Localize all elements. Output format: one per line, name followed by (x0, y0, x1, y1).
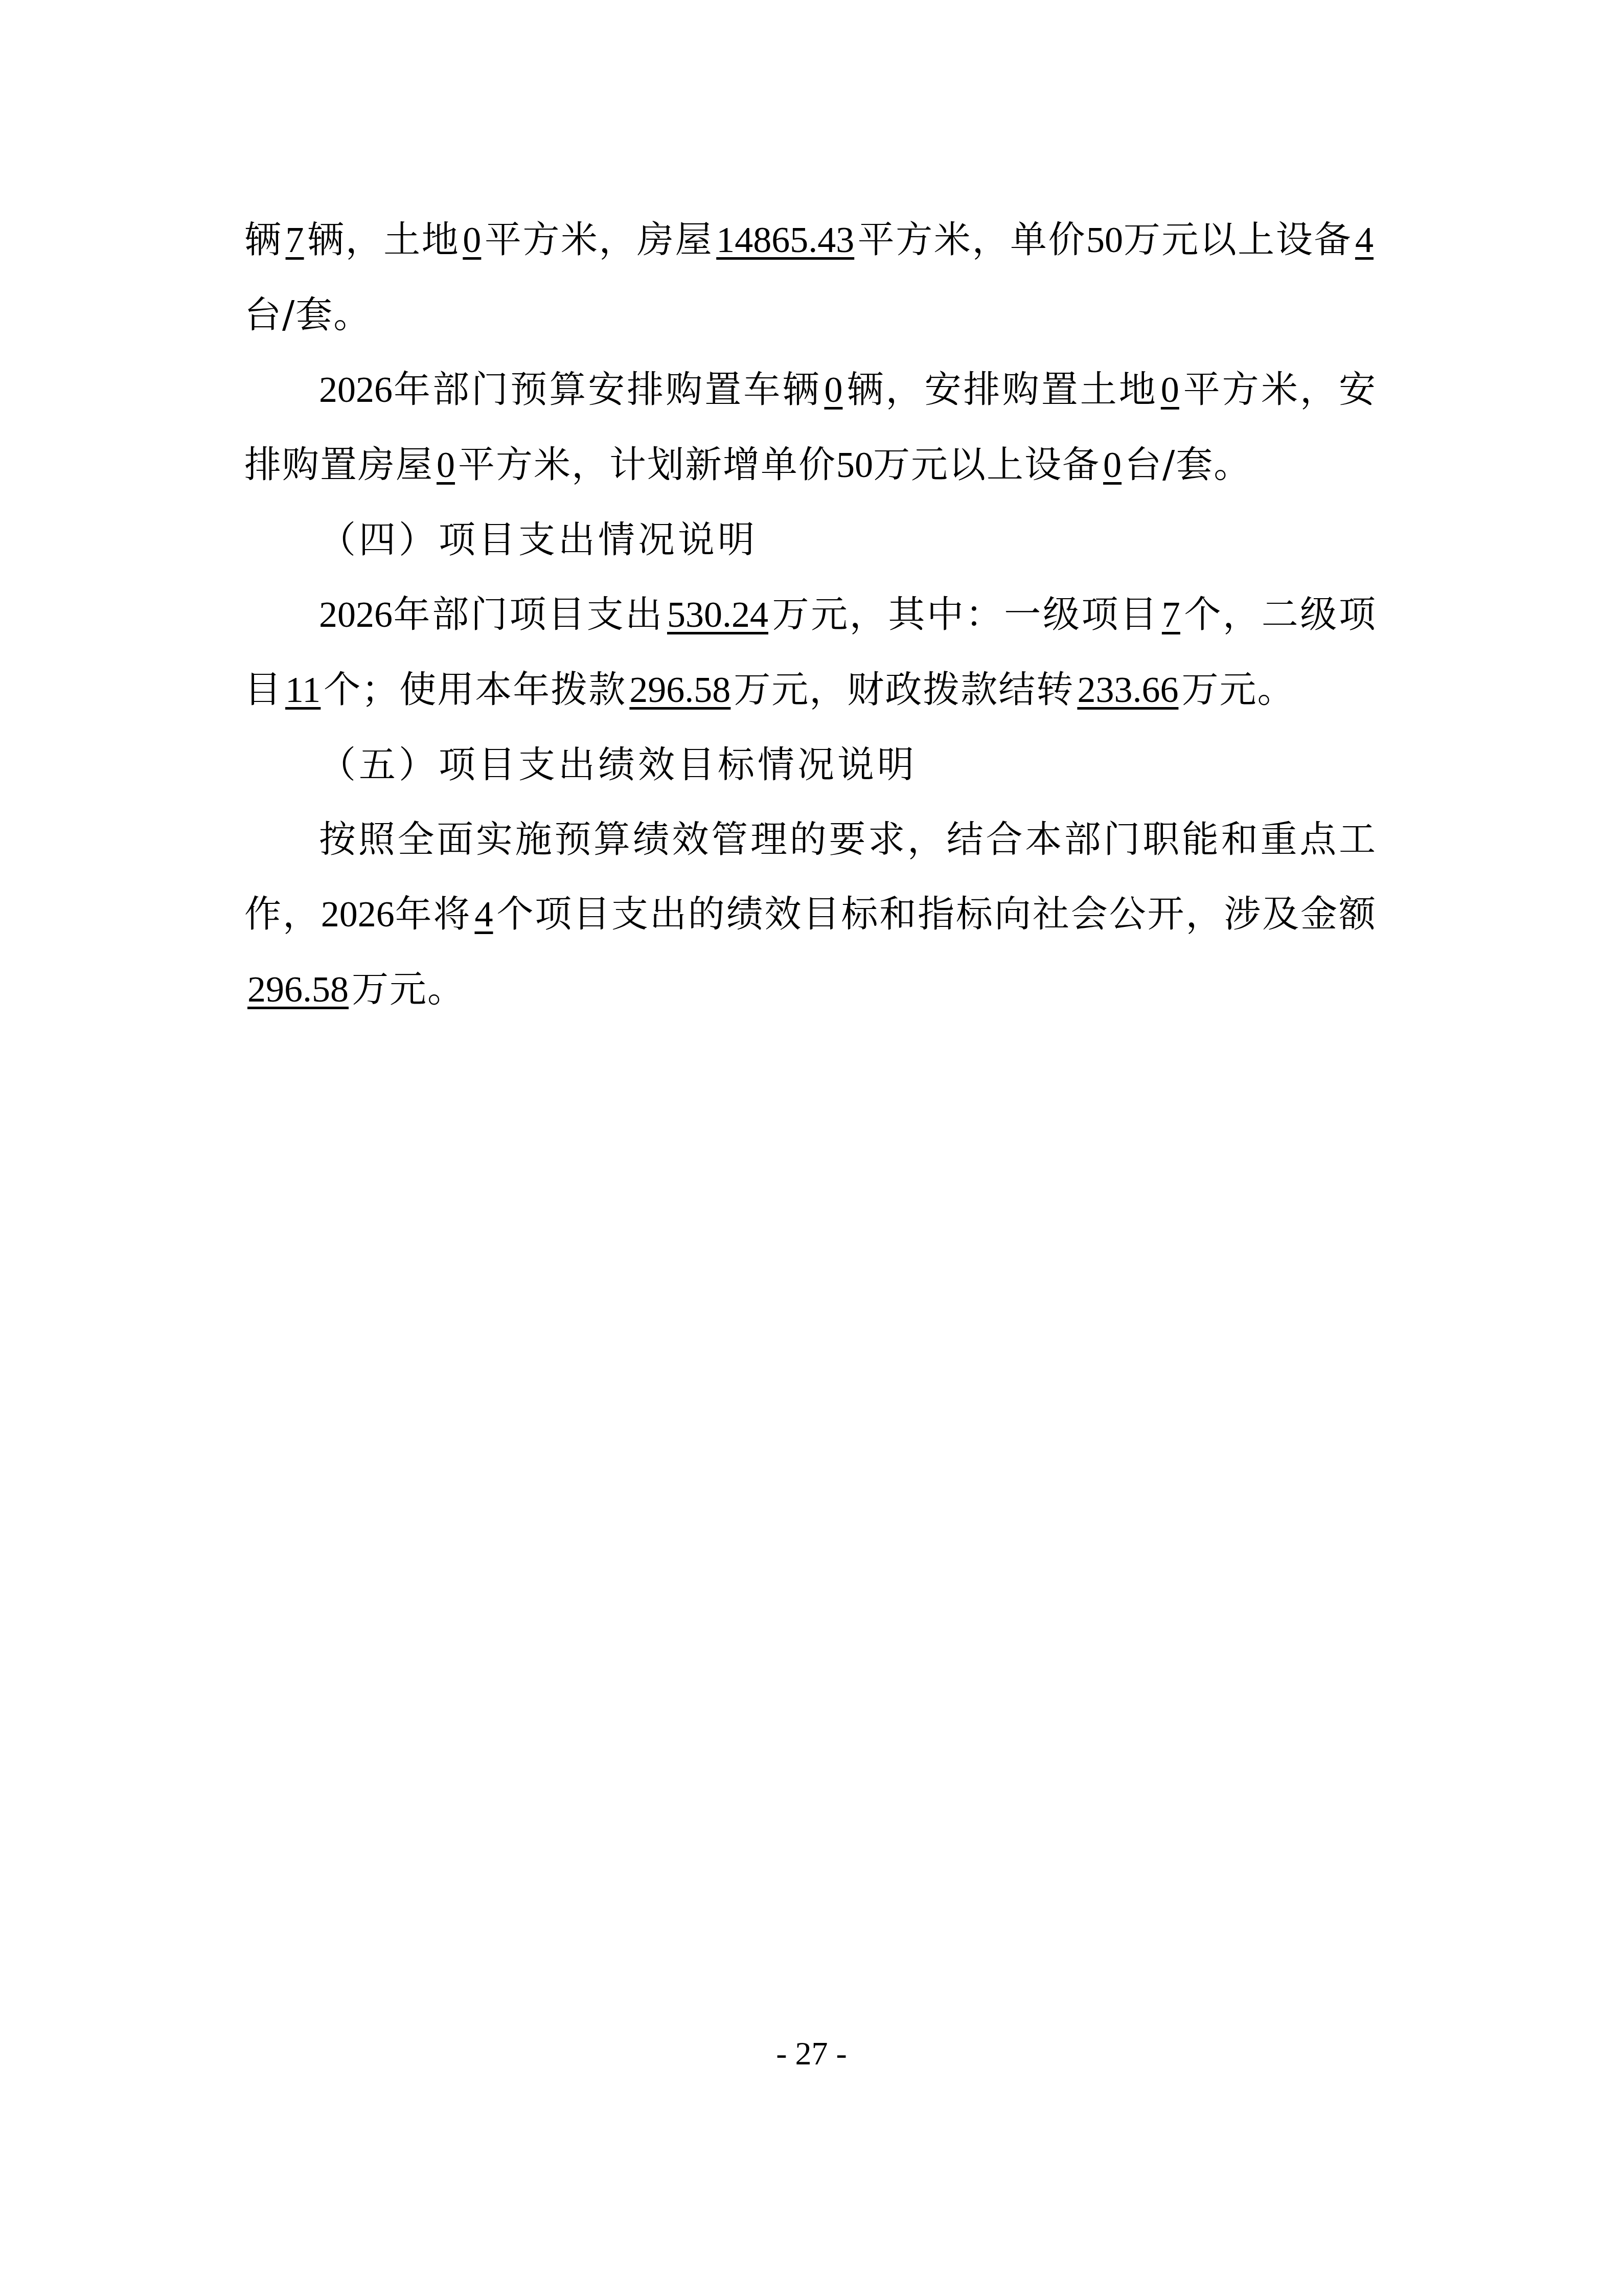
paragraph-purchase-plan: 2026年部门预算安排购置车辆0辆，安排购置土地0平方米，安排购置房屋0平方米，… (244, 352, 1377, 502)
disclosed-amount: 296.58 (244, 969, 352, 1010)
text: 辆 (244, 218, 283, 261)
text: 个项目支出的绩效目标和指标向社会公开，涉及金额 (496, 892, 1377, 935)
text: 万元以上设备 (873, 443, 1100, 486)
land-area: 0 (460, 219, 484, 260)
document-body: 辆7辆，土地0平方米，房屋14865.43平方米，单价50万元以上设备4台/套。… (244, 202, 1377, 1027)
text: 年部门项目支出 (393, 593, 664, 635)
unit-price-threshold: 50 (1086, 219, 1123, 260)
paragraph-project-expenditure: 2026年部门项目支出530.24万元，其中：一级项目7个，二级项目11个；使用… (244, 577, 1377, 727)
text: 万元，财政拨款结转 (734, 668, 1074, 711)
text: 万元以上设备 (1123, 218, 1352, 261)
document-page: 辆7辆，土地0平方米，房屋14865.43平方米，单价50万元以上设备4台/套。… (0, 0, 1623, 2296)
project-count: 4 (471, 894, 496, 935)
level2-count: 11 (282, 669, 324, 710)
section-heading-5: （五）项目支出绩效目标情况说明 (244, 727, 1377, 802)
planned-equipment: 0 (1100, 444, 1125, 485)
current-allocation: 296.58 (626, 669, 734, 710)
text: 平方米，单价 (857, 218, 1086, 261)
planned-land: 0 (1158, 369, 1182, 410)
text: 平方米，房屋 (484, 218, 713, 261)
vehicles-count: 7 (283, 219, 307, 260)
equipment-count: 4 (1352, 219, 1377, 260)
year: 2026 (321, 894, 395, 935)
planned-vehicles: 0 (821, 369, 845, 410)
section-heading-4: （四）项目支出情况说明 (244, 502, 1377, 577)
text: 个；使用本年拨款 (324, 668, 626, 711)
carryover-amount: 233.66 (1074, 669, 1181, 710)
text: 万元。 (1181, 668, 1295, 711)
level1-count: 7 (1159, 594, 1183, 635)
text: 万元。 (352, 967, 465, 1010)
unit-price-threshold: 50 (836, 444, 873, 485)
paragraph-assets: 辆7辆，土地0平方米，房屋14865.43平方米，单价50万元以上设备4台/套。 (244, 202, 1377, 352)
text: 年将 (395, 892, 472, 935)
page-number: - 27 - (0, 2035, 1623, 2073)
text: 万元，其中：一级项目 (771, 593, 1159, 635)
text: 辆，土地 (307, 218, 460, 261)
text: 台/套。 (1125, 443, 1251, 486)
year: 2026 (319, 594, 393, 635)
text: 台/套。 (244, 293, 371, 336)
planned-house: 0 (433, 444, 458, 485)
paragraph-performance-goals: 按照全面实施预算绩效管理的要求，结合本部门职能和重点工作，2026年将4个项目支… (244, 802, 1377, 1027)
text: 辆，安排购置土地 (845, 368, 1157, 411)
house-area: 14865.43 (713, 219, 857, 260)
text: 平方米，计划新增单价 (458, 443, 836, 486)
project-total: 530.24 (664, 594, 771, 635)
text: 年部门预算安排购置车辆 (393, 368, 821, 411)
year: 2026 (319, 369, 393, 410)
